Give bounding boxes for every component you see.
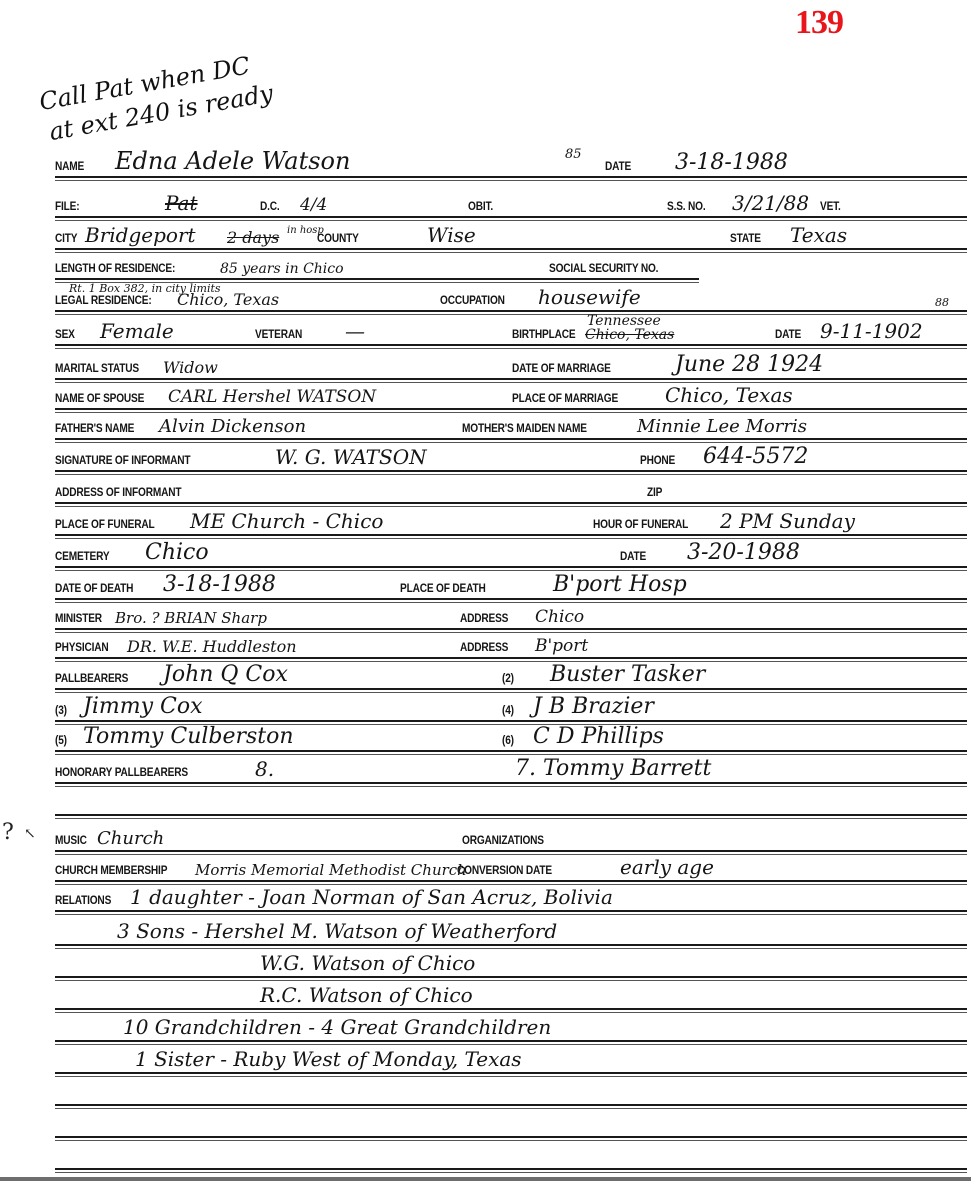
row-physician: PHYSICIAN DR. W.E. Huddleston ADDRESS B'… (55, 627, 967, 659)
city-struck: 2 days (227, 228, 279, 247)
legal-residence-value: Chico, Texas (177, 290, 279, 309)
name-value: Edna Adele Watson (115, 147, 350, 175)
length-of-residence-value: 85 years in Chico (220, 261, 344, 277)
pallbearer-3-num: (3) (55, 705, 67, 717)
row-cemetery: CEMETERY Chico DATE 3-20-1988 (55, 536, 967, 568)
signature-of-informant-value: W. G. WATSON (275, 445, 427, 469)
row-relations-2: 3 Sons - Hershel M. Watson of Weatherfor… (55, 914, 967, 946)
occupation-age-note: 88 (935, 296, 949, 309)
row-relations-6: 1 Sister - Ruby West of Monday, Texas (55, 1042, 967, 1074)
row-blank-3 (55, 1106, 967, 1138)
honorary-pallbearer-8: 8. (255, 757, 274, 781)
pallbearer-2-num: (2) (502, 673, 514, 685)
row-relations-4: R.C. Watson of Chico (55, 978, 967, 1010)
pallbearer-3: Jimmy Cox (83, 694, 203, 719)
name-of-spouse-value: CARL Hershel WATSON (168, 387, 376, 407)
row-blank-1 (55, 784, 967, 816)
place-of-death-value: B'port Hosp (553, 572, 687, 597)
physician-address-value: B'port (535, 636, 588, 656)
age-note: 85 (565, 147, 582, 162)
place-of-death-label: PLACE OF DEATH (400, 583, 486, 595)
vet-label: VET. (820, 201, 841, 213)
conversion-date-label: CONVERSION DATE (457, 865, 552, 877)
pallbearer-1: John Q Cox (163, 662, 288, 687)
veteran-label: VETERAN (255, 329, 302, 341)
church-membership-value: Morris Memorial Methodist Church (195, 861, 467, 879)
signature-of-informant-label: SIGNATURE OF INFORMANT (55, 455, 190, 467)
birthplace-label: BIRTHPLACE (512, 329, 575, 341)
row-blank-2 (55, 1074, 967, 1106)
row-name: NAME Edna Adele Watson 85 DATE 3-18-1988 (55, 146, 967, 178)
row-death: DATE OF DEATH 3-18-1988 PLACE OF DEATH B… (55, 568, 967, 600)
pallbearer-4-num: (4) (502, 705, 514, 717)
cemetery-value: Chico (145, 540, 209, 565)
date-of-marriage-label: DATE OF MARRIAGE (512, 363, 611, 375)
relations-label: RELATIONS (55, 895, 111, 907)
file-value: Pat (165, 191, 198, 215)
place-of-funeral-value: ME Church - Chico (190, 509, 383, 533)
row-file: FILE: Pat D.C. 4/4 OBIT. S.S. NO. 3/21/8… (55, 186, 967, 218)
row-pallbearers-2: (3) Jimmy Cox (4) J B Brazier (55, 690, 967, 722)
sex-label: SEX (55, 329, 75, 341)
pallbearer-6: C D Phillips (533, 724, 664, 749)
honorary-pallbearer-7: 7. Tommy Barrett (515, 756, 711, 781)
relations-line: 1 daughter - Joan Norman of San Acruz, B… (130, 885, 613, 909)
cemetery-label: CEMETERY (55, 551, 109, 563)
file-label: FILE: (55, 201, 79, 213)
row-spouse: NAME OF SPOUSE CARL Hershel WATSON PLACE… (55, 378, 967, 410)
pallbearer-4: J B Brazier (533, 694, 654, 719)
organizations-label: ORGANIZATIONS (462, 835, 544, 847)
fathers-name-value: Alvin Dickenson (159, 416, 306, 437)
physician-label: PHYSICIAN (55, 642, 109, 654)
minister-address-value: Chico (535, 607, 584, 627)
zip-label: ZIP (647, 487, 662, 499)
row-church-membership: CHURCH MEMBERSHIP Morris Memorial Method… (55, 850, 967, 882)
address-of-informant-label: ADDRESS OF INFORMANT (55, 487, 181, 499)
margin-question-mark: ? (2, 820, 14, 845)
pallbearer-5-num: (5) (55, 735, 67, 747)
row-relations-3: W.G. Watson of Chico (55, 946, 967, 978)
pallbearer-6-num: (6) (502, 735, 514, 747)
state-value: Texas (790, 223, 847, 247)
date-of-death-label: DATE OF DEATH (55, 583, 133, 595)
place-of-marriage-label: PLACE OF MARRIAGE (512, 393, 618, 405)
dc-value: 4/4 (300, 195, 327, 215)
row-marital-status: MARITAL STATUS Widow DATE OF MARRIAGE Ju… (55, 348, 967, 380)
place-of-funeral-label: PLACE OF FUNERAL (55, 519, 155, 531)
physician-value: DR. W.E. Huddleston (127, 637, 297, 656)
relations-line: 10 Grandchildren - 4 Great Grandchildren (123, 1015, 551, 1039)
row-parents: FATHER'S NAME Alvin Dickenson MOTHER'S M… (55, 408, 967, 440)
relations-line: R.C. Watson of Chico (260, 983, 473, 1007)
physician-address-label: ADDRESS (460, 642, 508, 654)
row-residence-length: LENGTH OF RESIDENCE: 85 years in Chico S… (55, 248, 699, 280)
minister-value: Bro. ? BRIAN Sharp (115, 609, 267, 627)
birthplace-struck: Chico, Texas (585, 327, 674, 343)
occupation-label: OCCUPATION (440, 295, 505, 307)
birth-date-value: 9-11-1902 (820, 319, 923, 343)
funeral-date-label: DATE (620, 551, 646, 563)
page-bottom-border (0, 1177, 971, 1181)
relations-line: 3 Sons - Hershel M. Watson of Weatherfor… (117, 919, 557, 943)
state-label: STATE (730, 233, 761, 245)
name-label: NAME (55, 161, 84, 173)
relations-line: W.G. Watson of Chico (260, 951, 475, 975)
legal-residence-label: LEGAL RESIDENCE: (55, 295, 152, 307)
conversion-date-value: early age (620, 855, 714, 879)
date-of-death-value: 3-18-1988 (163, 572, 276, 597)
pallbearer-5: Tommy Culberston (83, 724, 294, 749)
pallbearer-2: Buster Tasker (550, 662, 705, 687)
date-of-marriage-value: June 28 1924 (675, 352, 823, 377)
hour-of-funeral-label: HOUR OF FUNERAL (593, 519, 688, 531)
hour-of-funeral-value: 2 PM Sunday (720, 509, 855, 533)
funeral-date-value: 3-20-1988 (687, 540, 800, 565)
row-city: CITY Bridgeport 2 days in hosp COUNTY Wi… (55, 218, 967, 250)
row-relations-1: RELATIONS 1 daughter - Joan Norman of Sa… (55, 880, 967, 912)
row-legal-residence: Rt. 1 Box 382, in city limits LEGAL RESI… (55, 280, 967, 312)
county-value: Wise (427, 223, 476, 247)
fathers-name-label: FATHER'S NAME (55, 423, 134, 435)
sex-value: Female (100, 319, 174, 343)
dc-label: D.C. (260, 201, 280, 213)
county-label: COUNTY (317, 233, 359, 245)
row-relations-5: 10 Grandchildren - 4 Great Grandchildren (55, 1010, 967, 1042)
mothers-maiden-name-value: Minnie Lee Morris (637, 416, 807, 437)
obit-label: OBIT. (468, 201, 493, 213)
date-value: 3-18-1988 (675, 150, 788, 175)
music-label: MUSIC (55, 835, 87, 847)
marital-status-value: Widow (163, 358, 218, 377)
city-value: Bridgeport (85, 223, 196, 247)
birth-date-label: DATE (775, 329, 801, 341)
row-informant-address: ADDRESS OF INFORMANT ZIP (55, 472, 967, 504)
phone-value: 644-5572 (703, 444, 808, 469)
length-of-residence-label: LENGTH OF RESIDENCE: (55, 263, 175, 275)
row-pallbearers-3: (5) Tommy Culberston (6) C D Phillips (55, 720, 967, 752)
music-value: Church (97, 828, 164, 849)
relations-line: 1 Sister - Ruby West of Monday, Texas (135, 1047, 522, 1071)
occupation-value: housewife (538, 285, 641, 309)
social-security-no-label: SOCIAL SECURITY NO. (549, 263, 658, 275)
date-label: DATE (605, 161, 631, 173)
row-sex: SEX Female VETERAN — BIRTHPLACE Tennesse… (55, 314, 967, 346)
ss-no-label: S.S. NO. (667, 201, 706, 213)
marital-status-label: MARITAL STATUS (55, 363, 139, 375)
minister-label: MINISTER (55, 613, 102, 625)
church-membership-label: CHURCH MEMBERSHIP (55, 865, 167, 877)
row-informant-signature: SIGNATURE OF INFORMANT W. G. WATSON PHON… (55, 440, 967, 472)
margin-arrow-icon: ↖ (24, 826, 36, 842)
row-funeral: PLACE OF FUNERAL ME Church - Chico HOUR … (55, 504, 967, 536)
mothers-maiden-name-label: MOTHER'S MAIDEN NAME (462, 423, 587, 435)
row-honorary-pallbearers: HONORARY PALLBEARERS 8. 7. Tommy Barrett (55, 752, 967, 784)
row-minister: MINISTER Bro. ? BRIAN Sharp ADDRESS Chic… (55, 598, 967, 630)
row-music: MUSIC Church ORGANIZATIONS (55, 820, 967, 852)
honorary-pallbearers-label: HONORARY PALLBEARERS (55, 767, 188, 779)
city-label: CITY (55, 233, 77, 245)
pallbearers-label: PALLBEARERS (55, 673, 128, 685)
ss-no-value: 3/21/88 (732, 191, 809, 215)
row-pallbearers-1: PALLBEARERS John Q Cox (2) Buster Tasker (55, 658, 967, 690)
place-of-marriage-value: Chico, Texas (665, 383, 793, 407)
name-of-spouse-label: NAME OF SPOUSE (55, 393, 144, 405)
veteran-value: — (345, 319, 365, 343)
page-number: 139 (795, 4, 843, 42)
row-blank-4 (55, 1138, 967, 1170)
phone-label: PHONE (640, 455, 675, 467)
minister-address-label: ADDRESS (460, 613, 508, 625)
